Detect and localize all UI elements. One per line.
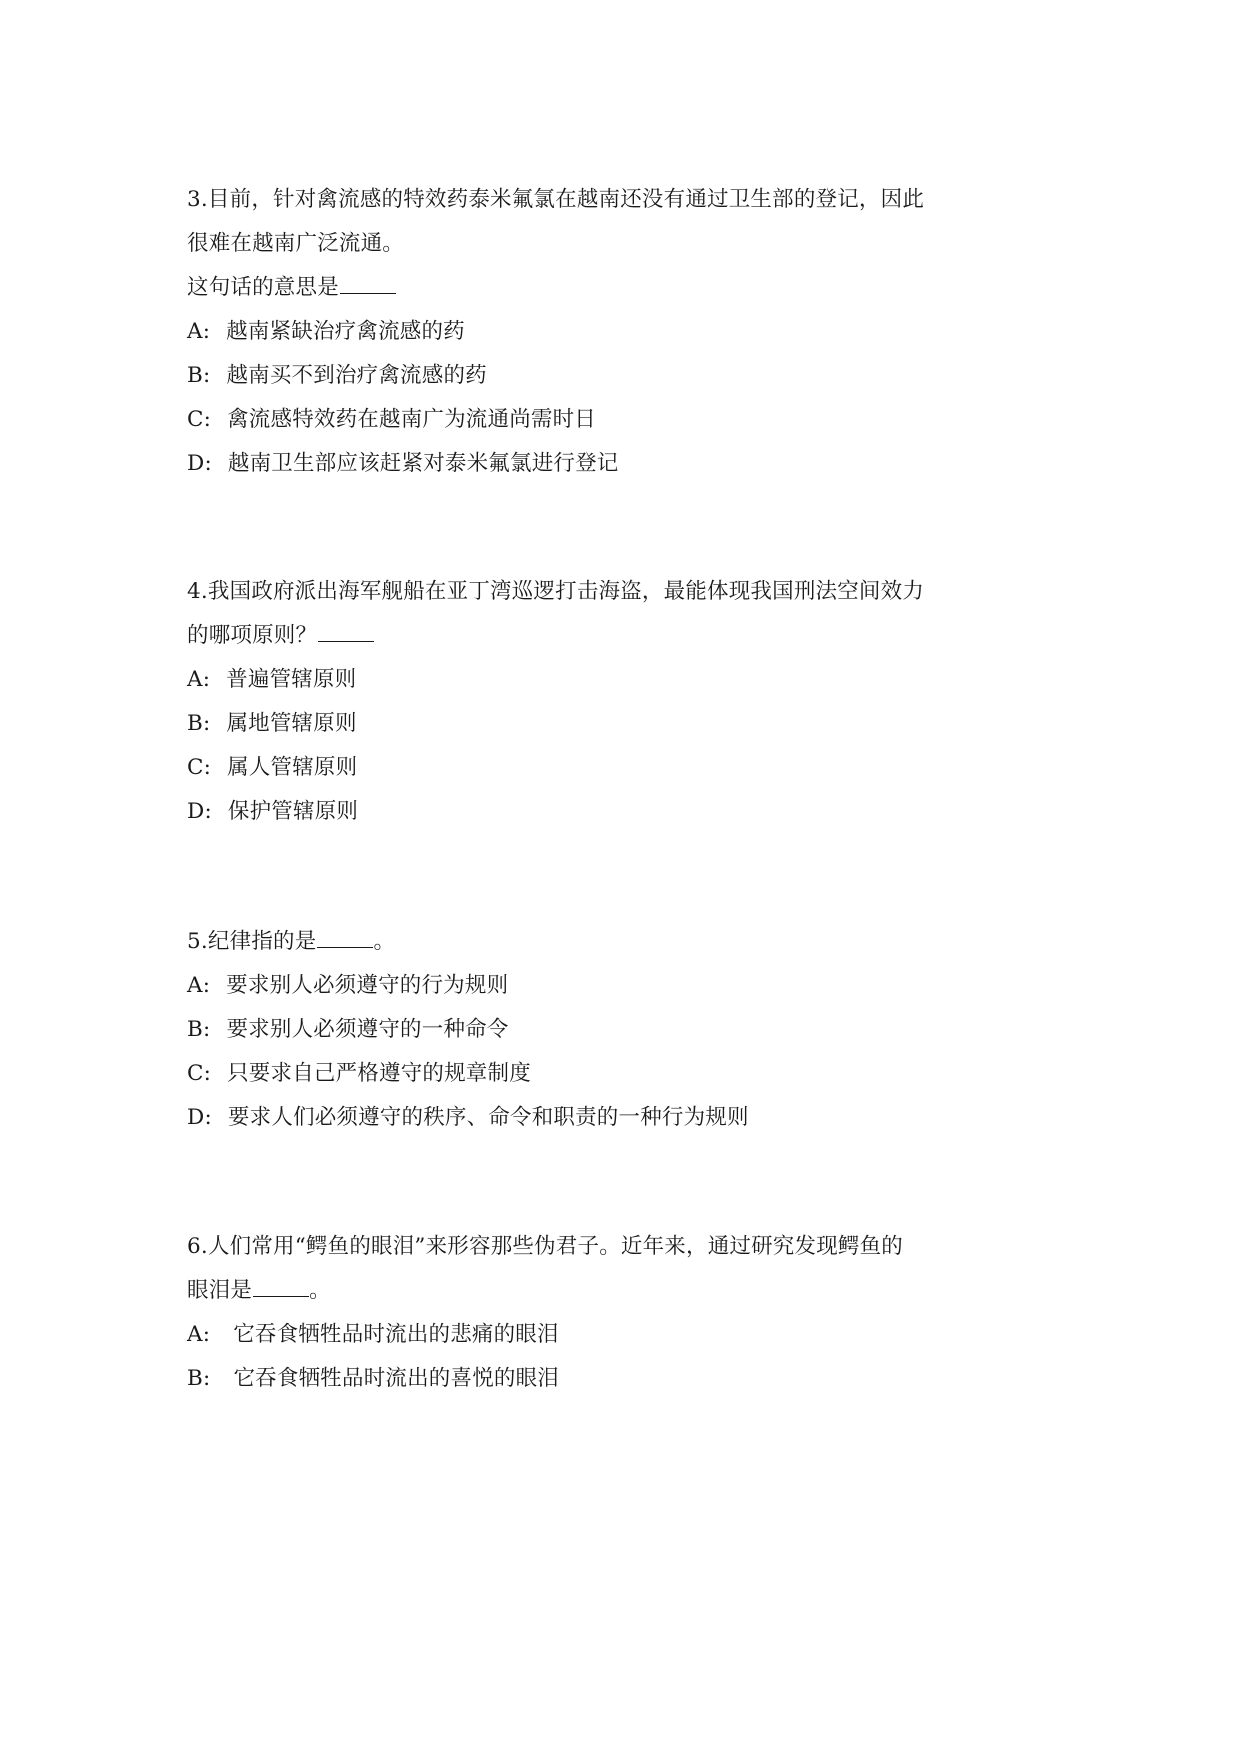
option-b: B: 它吞食牺牲品时流出的喜悦的眼泪 (187, 1357, 1047, 1401)
option-text: 要求别人必须遵守的一种命令 (226, 1008, 508, 1052)
option-letter: A: (187, 1313, 210, 1357)
option-d: D:越南卫生部应该赶紧对泰米氟氯进行登记 (187, 442, 1047, 486)
option-letter: D: (187, 790, 212, 834)
option-a: A:普遍管辖原则 (187, 658, 1047, 702)
stem-line: 4.我国政府派出海军舰船在亚丁湾巡逻打击海盗，最能体现我国刑法空间效力 (187, 570, 1047, 614)
option-text: 它吞食牺牲品时流出的悲痛的眼泪 (226, 1313, 559, 1357)
question-stem: 4.我国政府派出海军舰船在亚丁湾巡逻打击海盗，最能体现我国刑法空间效力 的哪项原… (187, 570, 1047, 658)
option-letter: C: (187, 398, 211, 442)
answer-blank (340, 275, 396, 294)
option-letter: D: (187, 1096, 212, 1140)
question-6: 6.人们常用“鳄鱼的眼泪”来形容那些伪君子。近年来，通过研究发现鳄鱼的 眼泪是。… (187, 1225, 1047, 1401)
question-stem: 5.纪律指的是。 (187, 920, 1047, 964)
option-text: 越南紧缺治疗禽流感的药 (226, 310, 465, 354)
option-a: A: 它吞食牺牲品时流出的悲痛的眼泪 (187, 1313, 1047, 1357)
question-3: 3.目前，针对禽流感的特效药泰米氟氯在越南还没有通过卫生部的登记，因此 很难在越… (187, 178, 1047, 486)
stem-line: 眼泪是。 (187, 1269, 1047, 1313)
option-text: 属人管辖原则 (227, 746, 357, 790)
option-text: 禽流感特效药在越南广为流通尚需时日 (227, 398, 596, 442)
option-letter: B: (187, 354, 210, 398)
option-letter: A: (187, 310, 210, 354)
option-c: C:禽流感特效药在越南广为流通尚需时日 (187, 398, 1047, 442)
answer-blank (317, 929, 373, 948)
option-c: C:只要求自己严格遵守的规章制度 (187, 1052, 1047, 1096)
option-text: 要求别人必须遵守的行为规则 (226, 964, 508, 1008)
option-letter: D: (187, 442, 212, 486)
question-4: 4.我国政府派出海军舰船在亚丁湾巡逻打击海盗，最能体现我国刑法空间效力 的哪项原… (187, 570, 1047, 834)
document-page: 3.目前，针对禽流感的特效药泰米氟氯在越南还没有通过卫生部的登记，因此 很难在越… (0, 0, 1240, 1753)
question-stem: 3.目前，针对禽流感的特效药泰米氟氯在越南还没有通过卫生部的登记，因此 很难在越… (187, 178, 1047, 310)
option-letter: C: (187, 1052, 211, 1096)
option-b: B:越南买不到治疗禽流感的药 (187, 354, 1047, 398)
question-number: 6. (187, 1234, 208, 1259)
option-text: 越南买不到治疗禽流感的药 (226, 354, 486, 398)
option-letter: B: (187, 1008, 210, 1052)
option-text: 属地管辖原则 (226, 702, 356, 746)
answer-blank (253, 1278, 309, 1297)
stem-line: 3.目前，针对禽流感的特效药泰米氟氯在越南还没有通过卫生部的登记，因此 (187, 178, 1047, 222)
option-text: 只要求自己严格遵守的规章制度 (227, 1052, 531, 1096)
option-a: A:越南紧缺治疗禽流感的药 (187, 310, 1047, 354)
option-letter: B: (187, 1357, 210, 1401)
option-a: A:要求别人必须遵守的行为规则 (187, 964, 1047, 1008)
question-5: 5.纪律指的是。 A:要求别人必须遵守的行为规则 B:要求别人必须遵守的一种命令… (187, 920, 1047, 1140)
option-letter: A: (187, 964, 210, 1008)
option-b: B:要求别人必须遵守的一种命令 (187, 1008, 1047, 1052)
option-c: C:属人管辖原则 (187, 746, 1047, 790)
option-text: 越南卫生部应该赶紧对泰米氟氯进行登记 (228, 442, 619, 486)
option-b: B:属地管辖原则 (187, 702, 1047, 746)
option-text: 它吞食牺牲品时流出的喜悦的眼泪 (226, 1357, 559, 1401)
answer-blank (318, 623, 374, 642)
stem-line: 5.纪律指的是。 (187, 920, 1047, 964)
option-letter: C: (187, 746, 211, 790)
option-letter: A: (187, 658, 210, 702)
stem-line: 6.人们常用“鳄鱼的眼泪”来形容那些伪君子。近年来，通过研究发现鳄鱼的 (187, 1225, 1047, 1269)
stem-line: 很难在越南广泛流通。 (187, 222, 1047, 266)
option-text: 普遍管辖原则 (226, 658, 356, 702)
option-d: D:保护管辖原则 (187, 790, 1047, 834)
stem-line: 的哪项原则？ (187, 614, 1047, 658)
question-number: 3. (187, 187, 208, 212)
stem-line: 这句话的意思是 (187, 266, 1047, 310)
option-d: D:要求人们必须遵守的秩序、命令和职责的一种行为规则 (187, 1096, 1047, 1140)
option-letter: B: (187, 702, 210, 746)
option-text: 保护管辖原则 (228, 790, 358, 834)
option-text: 要求人们必须遵守的秩序、命令和职责的一种行为规则 (228, 1096, 749, 1140)
question-stem: 6.人们常用“鳄鱼的眼泪”来形容那些伪君子。近年来，通过研究发现鳄鱼的 眼泪是。 (187, 1225, 1047, 1313)
question-number: 4. (187, 579, 208, 604)
question-number: 5. (187, 929, 208, 954)
